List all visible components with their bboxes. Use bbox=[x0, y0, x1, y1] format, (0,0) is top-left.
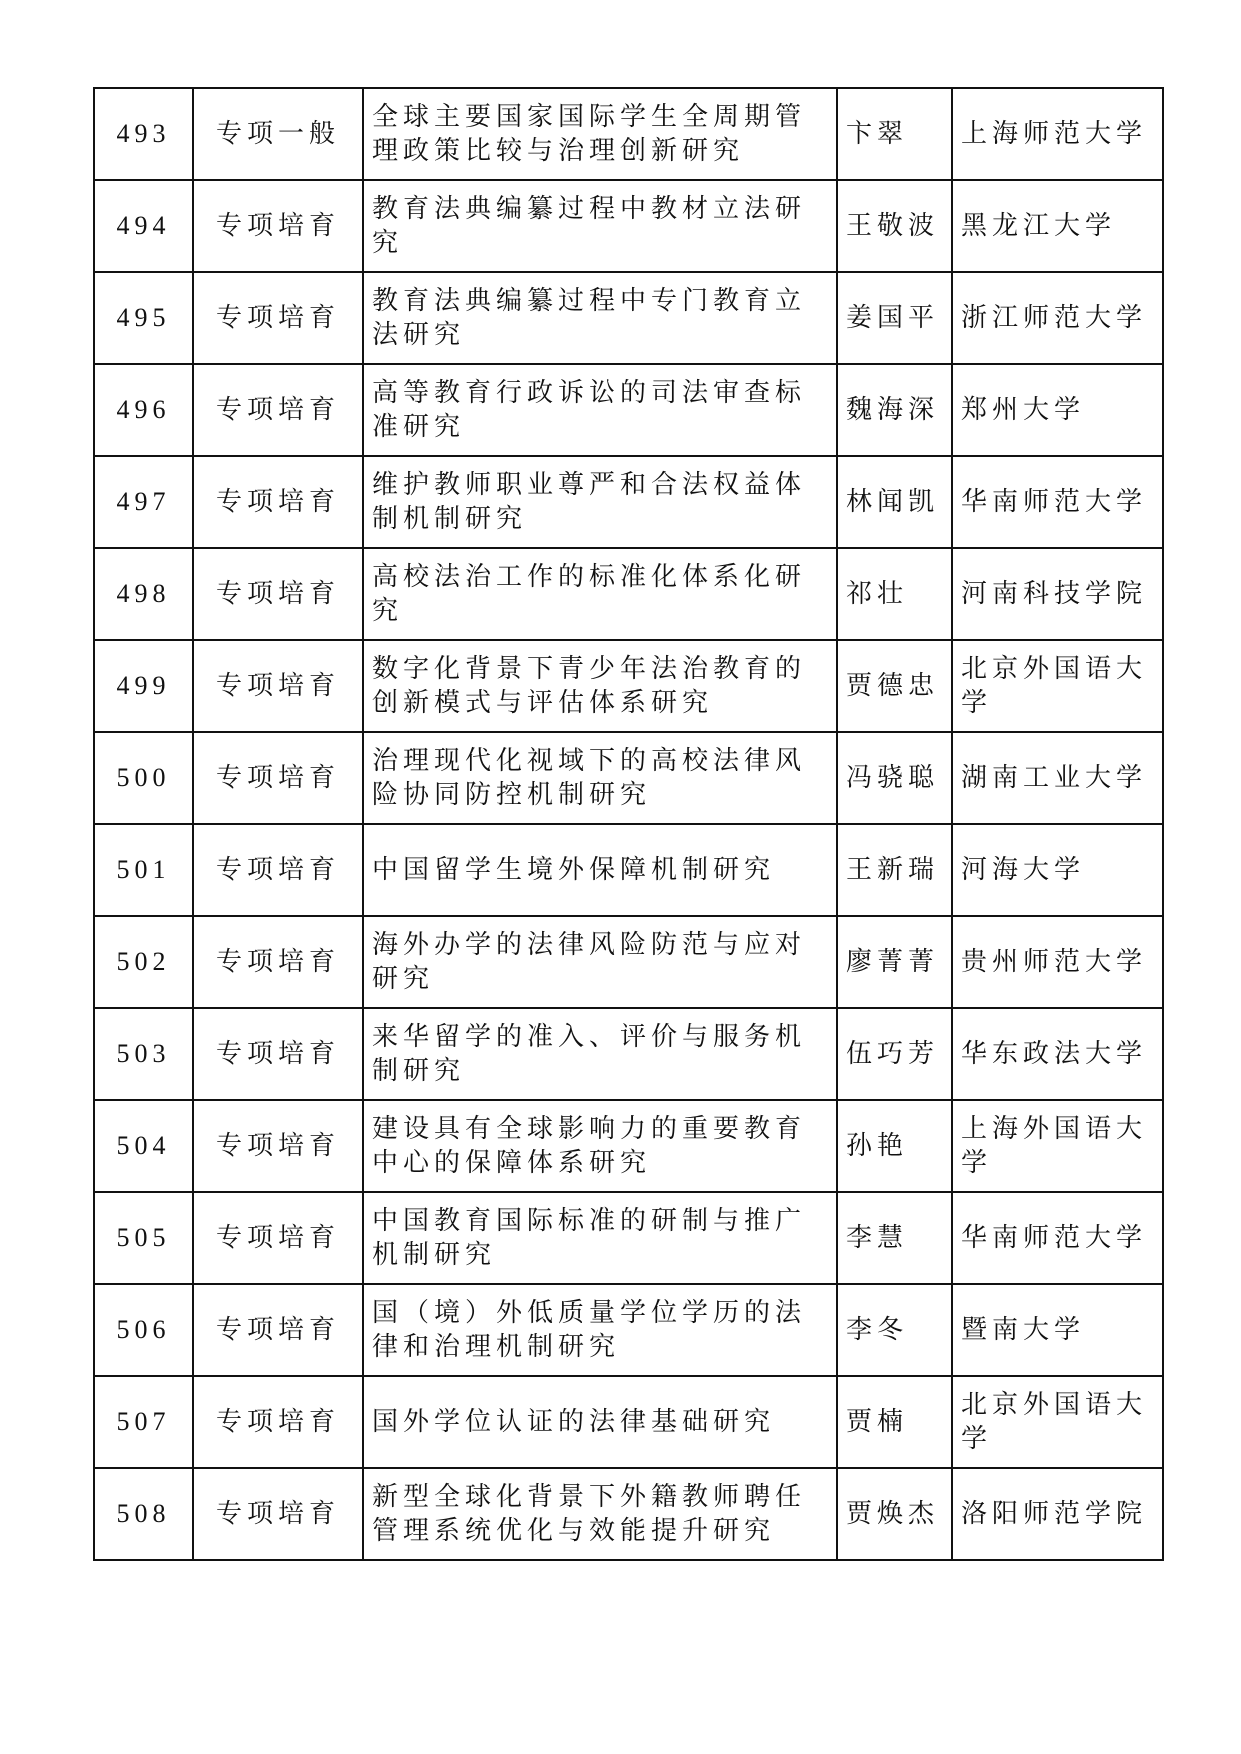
project-type: 专项培育 bbox=[193, 272, 363, 364]
project-leader: 孙艳 bbox=[837, 1100, 952, 1192]
project-title: 数字化背景下青少年法治教育的创新模式与评估体系研究 bbox=[363, 640, 837, 732]
project-number: 506 bbox=[94, 1284, 193, 1376]
table-row: 502 专项培育 海外办学的法律风险防范与应对研究 廖菁菁 贵州师范大学 bbox=[94, 916, 1163, 1008]
project-title: 维护教师职业尊严和合法权益体制机制研究 bbox=[363, 456, 837, 548]
project-number: 498 bbox=[94, 548, 193, 640]
project-leader: 魏海深 bbox=[837, 364, 952, 456]
project-title: 来华留学的准入、评价与服务机制研究 bbox=[363, 1008, 837, 1100]
table-row: 498 专项培育 高校法治工作的标准化体系化研究 祁壮 河南科技学院 bbox=[94, 548, 1163, 640]
project-list-table: 493 专项一般 全球主要国家国际学生全周期管理政策比较与治理创新研究 卞翠 上… bbox=[93, 87, 1164, 1561]
table-row: 497 专项培育 维护教师职业尊严和合法权益体制机制研究 林闻凯 华南师范大学 bbox=[94, 456, 1163, 548]
project-leader: 廖菁菁 bbox=[837, 916, 952, 1008]
project-number: 508 bbox=[94, 1468, 193, 1560]
table-row: 505 专项培育 中国教育国际标准的研制与推广机制研究 李慧 华南师范大学 bbox=[94, 1192, 1163, 1284]
project-organization: 黑龙江大学 bbox=[952, 180, 1163, 272]
project-leader: 林闻凯 bbox=[837, 456, 952, 548]
project-title: 教育法典编纂过程中专门教育立法研究 bbox=[363, 272, 837, 364]
project-leader: 王新瑞 bbox=[837, 824, 952, 916]
project-number: 496 bbox=[94, 364, 193, 456]
table-row: 508 专项培育 新型全球化背景下外籍教师聘任管理系统优化与效能提升研究 贾焕杰… bbox=[94, 1468, 1163, 1560]
project-number: 493 bbox=[94, 88, 193, 180]
project-type: 专项培育 bbox=[193, 1376, 363, 1468]
table-row: 495 专项培育 教育法典编纂过程中专门教育立法研究 姜国平 浙江师范大学 bbox=[94, 272, 1163, 364]
project-leader: 冯骁聪 bbox=[837, 732, 952, 824]
project-type: 专项培育 bbox=[193, 180, 363, 272]
project-organization: 贵州师范大学 bbox=[952, 916, 1163, 1008]
project-organization: 洛阳师范学院 bbox=[952, 1468, 1163, 1560]
project-leader: 王敬波 bbox=[837, 180, 952, 272]
project-number: 505 bbox=[94, 1192, 193, 1284]
project-type: 专项培育 bbox=[193, 824, 363, 916]
project-number: 501 bbox=[94, 824, 193, 916]
project-number: 500 bbox=[94, 732, 193, 824]
project-type: 专项培育 bbox=[193, 1284, 363, 1376]
project-organization: 上海师范大学 bbox=[952, 88, 1163, 180]
table-row: 500 专项培育 治理现代化视域下的高校法律风险协同防控机制研究 冯骁聪 湖南工… bbox=[94, 732, 1163, 824]
project-number: 495 bbox=[94, 272, 193, 364]
project-organization: 湖南工业大学 bbox=[952, 732, 1163, 824]
project-number: 503 bbox=[94, 1008, 193, 1100]
project-title: 国（境）外低质量学位学历的法律和治理机制研究 bbox=[363, 1284, 837, 1376]
table-body: 493 专项一般 全球主要国家国际学生全周期管理政策比较与治理创新研究 卞翠 上… bbox=[94, 88, 1163, 1560]
document-page: 493 专项一般 全球主要国家国际学生全周期管理政策比较与治理创新研究 卞翠 上… bbox=[93, 87, 1162, 1561]
project-title: 高校法治工作的标准化体系化研究 bbox=[363, 548, 837, 640]
project-title: 全球主要国家国际学生全周期管理政策比较与治理创新研究 bbox=[363, 88, 837, 180]
project-leader: 贾楠 bbox=[837, 1376, 952, 1468]
table-row: 506 专项培育 国（境）外低质量学位学历的法律和治理机制研究 李冬 暨南大学 bbox=[94, 1284, 1163, 1376]
project-number: 504 bbox=[94, 1100, 193, 1192]
project-number: 497 bbox=[94, 456, 193, 548]
table-row: 507 专项培育 国外学位认证的法律基础研究 贾楠 北京外国语大学 bbox=[94, 1376, 1163, 1468]
table-row: 494 专项培育 教育法典编纂过程中教材立法研究 王敬波 黑龙江大学 bbox=[94, 180, 1163, 272]
project-number: 499 bbox=[94, 640, 193, 732]
project-type: 专项培育 bbox=[193, 1192, 363, 1284]
table-row: 504 专项培育 建设具有全球影响力的重要教育中心的保障体系研究 孙艳 上海外国… bbox=[94, 1100, 1163, 1192]
project-title: 国外学位认证的法律基础研究 bbox=[363, 1376, 837, 1468]
project-title: 教育法典编纂过程中教材立法研究 bbox=[363, 180, 837, 272]
project-number: 507 bbox=[94, 1376, 193, 1468]
project-organization: 浙江师范大学 bbox=[952, 272, 1163, 364]
project-type: 专项培育 bbox=[193, 732, 363, 824]
project-type: 专项培育 bbox=[193, 456, 363, 548]
project-type: 专项培育 bbox=[193, 364, 363, 456]
project-type: 专项培育 bbox=[193, 1468, 363, 1560]
project-title: 海外办学的法律风险防范与应对研究 bbox=[363, 916, 837, 1008]
project-title: 建设具有全球影响力的重要教育中心的保障体系研究 bbox=[363, 1100, 837, 1192]
table-row: 496 专项培育 高等教育行政诉讼的司法审查标准研究 魏海深 郑州大学 bbox=[94, 364, 1163, 456]
project-leader: 李冬 bbox=[837, 1284, 952, 1376]
project-organization: 暨南大学 bbox=[952, 1284, 1163, 1376]
project-organization: 河海大学 bbox=[952, 824, 1163, 916]
project-type: 专项一般 bbox=[193, 88, 363, 180]
project-title: 新型全球化背景下外籍教师聘任管理系统优化与效能提升研究 bbox=[363, 1468, 837, 1560]
project-title: 中国教育国际标准的研制与推广机制研究 bbox=[363, 1192, 837, 1284]
project-title: 中国留学生境外保障机制研究 bbox=[363, 824, 837, 916]
table-row: 499 专项培育 数字化背景下青少年法治教育的创新模式与评估体系研究 贾德忠 北… bbox=[94, 640, 1163, 732]
project-organization: 上海外国语大学 bbox=[952, 1100, 1163, 1192]
project-leader: 贾德忠 bbox=[837, 640, 952, 732]
table-row: 501 专项培育 中国留学生境外保障机制研究 王新瑞 河海大学 bbox=[94, 824, 1163, 916]
project-organization: 北京外国语大学 bbox=[952, 640, 1163, 732]
project-type: 专项培育 bbox=[193, 916, 363, 1008]
project-type: 专项培育 bbox=[193, 640, 363, 732]
project-organization: 华南师范大学 bbox=[952, 1192, 1163, 1284]
project-title: 治理现代化视域下的高校法律风险协同防控机制研究 bbox=[363, 732, 837, 824]
project-number: 494 bbox=[94, 180, 193, 272]
table-row: 493 专项一般 全球主要国家国际学生全周期管理政策比较与治理创新研究 卞翠 上… bbox=[94, 88, 1163, 180]
project-type: 专项培育 bbox=[193, 1008, 363, 1100]
project-organization: 华南师范大学 bbox=[952, 456, 1163, 548]
project-organization: 北京外国语大学 bbox=[952, 1376, 1163, 1468]
project-leader: 卞翠 bbox=[837, 88, 952, 180]
project-type: 专项培育 bbox=[193, 548, 363, 640]
project-organization: 郑州大学 bbox=[952, 364, 1163, 456]
project-organization: 河南科技学院 bbox=[952, 548, 1163, 640]
project-organization: 华东政法大学 bbox=[952, 1008, 1163, 1100]
project-leader: 伍巧芳 bbox=[837, 1008, 952, 1100]
project-number: 502 bbox=[94, 916, 193, 1008]
project-type: 专项培育 bbox=[193, 1100, 363, 1192]
project-leader: 贾焕杰 bbox=[837, 1468, 952, 1560]
project-leader: 李慧 bbox=[837, 1192, 952, 1284]
project-leader: 祁壮 bbox=[837, 548, 952, 640]
project-title: 高等教育行政诉讼的司法审查标准研究 bbox=[363, 364, 837, 456]
project-leader: 姜国平 bbox=[837, 272, 952, 364]
table-row: 503 专项培育 来华留学的准入、评价与服务机制研究 伍巧芳 华东政法大学 bbox=[94, 1008, 1163, 1100]
